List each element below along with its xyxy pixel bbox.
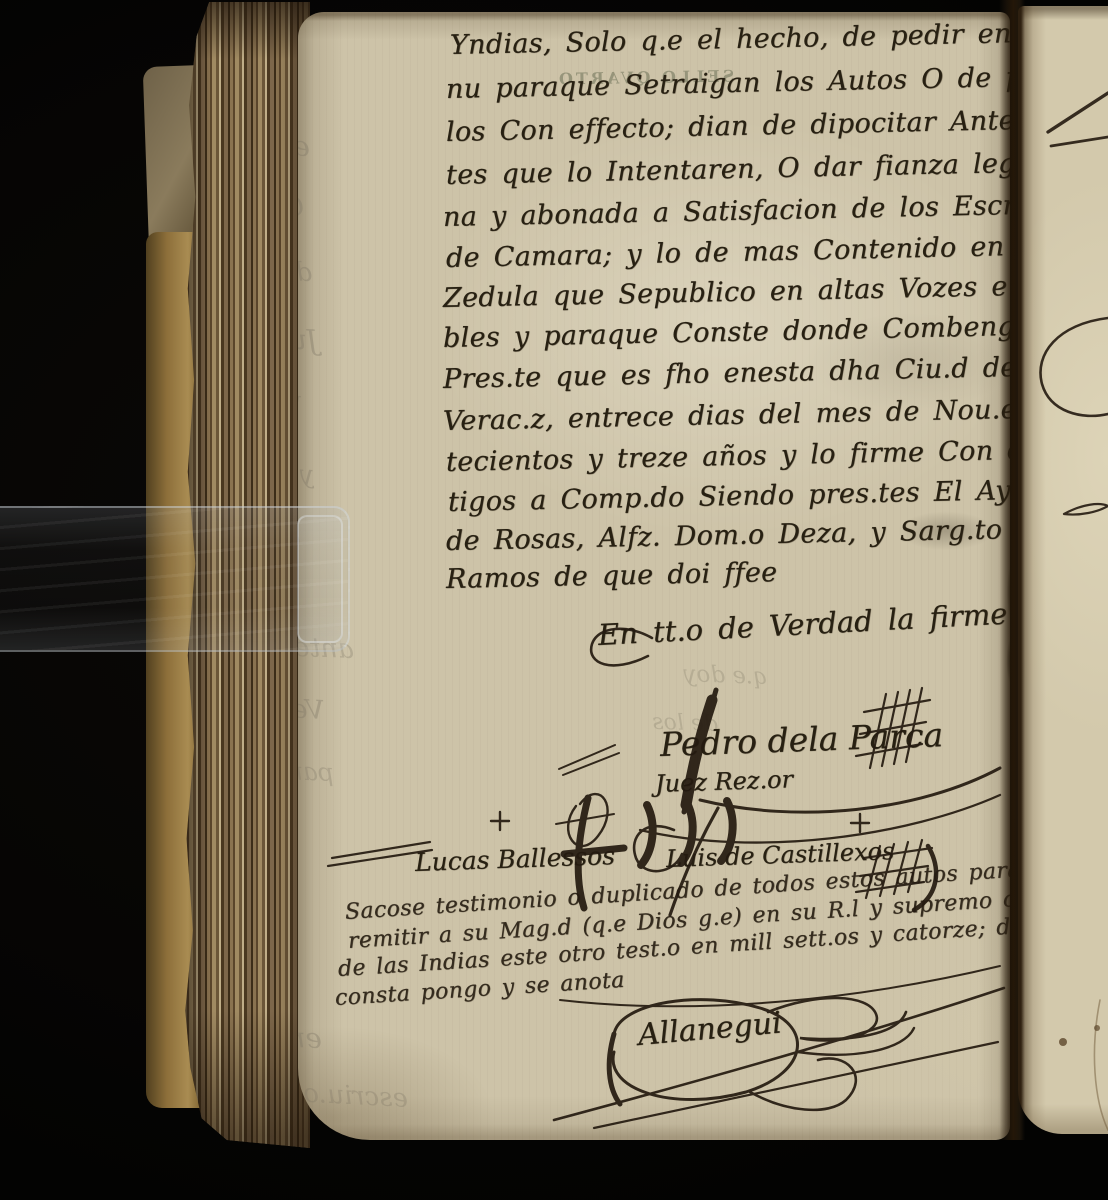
note-underline-stroke xyxy=(560,966,1000,1006)
transparent-weight-strip xyxy=(0,506,350,652)
judge-signature-flourish xyxy=(559,688,1000,865)
facing-page-sliver xyxy=(1018,6,1108,1134)
signature-crosses xyxy=(491,812,869,832)
final-rubric-flourish xyxy=(554,988,1004,1128)
attestation-flourish xyxy=(591,629,652,666)
photograph-of-open-manuscript-book: el Cap.n Cedula R.l de la dha Ju.o de Vs… xyxy=(0,0,1108,1200)
facing-page-ink-marks xyxy=(1018,6,1108,1134)
ink-flourishes xyxy=(298,12,1010,1140)
manuscript-left-page: el Cap.n Cedula R.l de la dha Ju.o de Vs… xyxy=(298,12,1010,1140)
witness-left-flourish xyxy=(328,794,624,908)
transparent-weight-strip-end xyxy=(297,515,343,643)
